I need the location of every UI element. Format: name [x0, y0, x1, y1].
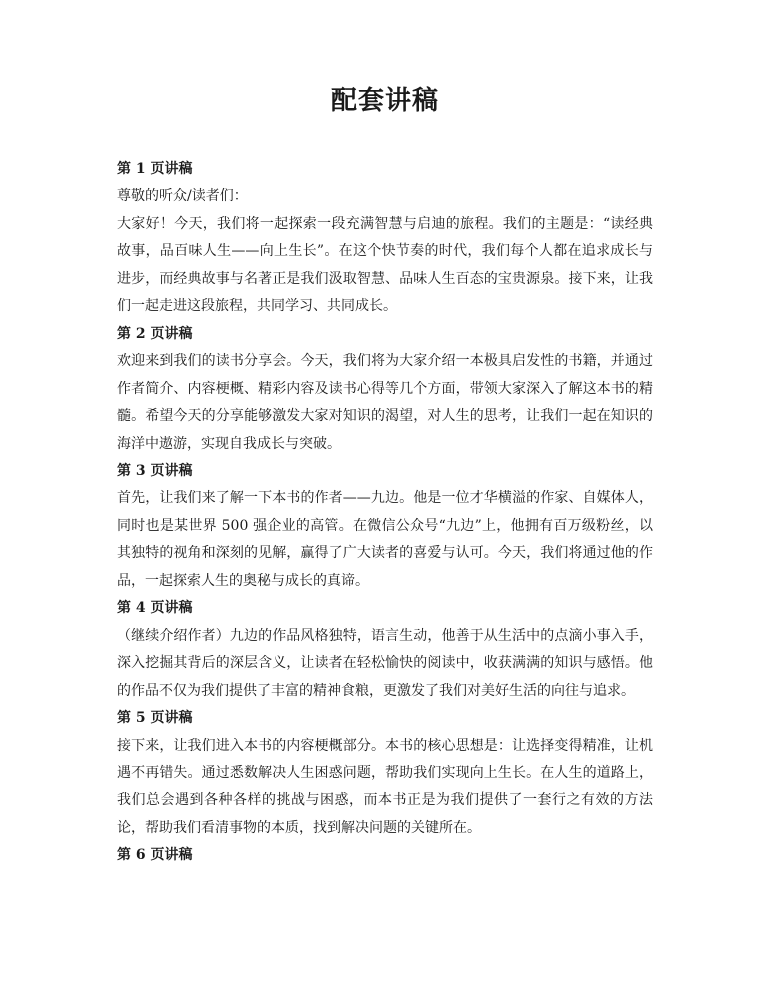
- document-body: 第 1 页讲稿 尊敬的听众/读者们： 大家好！今天，我们将一起探索一段充满智慧与…: [117, 156, 653, 870]
- paragraph-page-3: 首先，让我们来了解一下本书的作者——九边。他是一位才华横溢的作家、自媒体人，同时…: [117, 485, 653, 595]
- paragraph-page-4: （继续介绍作者）九边的作品风格独特，语言生动，他善于从生活中的点滴小事入手，深入…: [117, 623, 653, 705]
- section-heading-page-3: 第 3 页讲稿: [117, 458, 653, 485]
- salutation-line: 尊敬的听众/读者们：: [117, 183, 653, 210]
- section-heading-page-6: 第 6 页讲稿: [117, 842, 653, 869]
- section-heading-page-4: 第 4 页讲稿: [117, 595, 653, 622]
- paragraph-page-2: 欢迎来到我们的读书分享会。今天，我们将为大家介绍一本极具启发性的书籍，并通过作者…: [117, 348, 653, 458]
- document-title: 配套讲稿: [0, 0, 770, 116]
- section-heading-page-5: 第 5 页讲稿: [117, 705, 653, 732]
- document-page: 配套讲稿 第 1 页讲稿 尊敬的听众/读者们： 大家好！今天，我们将一起探索一段…: [0, 0, 770, 1000]
- paragraph-page-5: 接下来，让我们进入本书的内容梗概部分。本书的核心思想是：让选择变得精准，让机遇不…: [117, 733, 653, 843]
- paragraph-page-1: 大家好！今天，我们将一起探索一段充满智慧与启迪的旅程。我们的主题是：“读经典故事…: [117, 211, 653, 321]
- section-heading-page-1: 第 1 页讲稿: [117, 156, 653, 183]
- section-heading-page-2: 第 2 页讲稿: [117, 321, 653, 348]
